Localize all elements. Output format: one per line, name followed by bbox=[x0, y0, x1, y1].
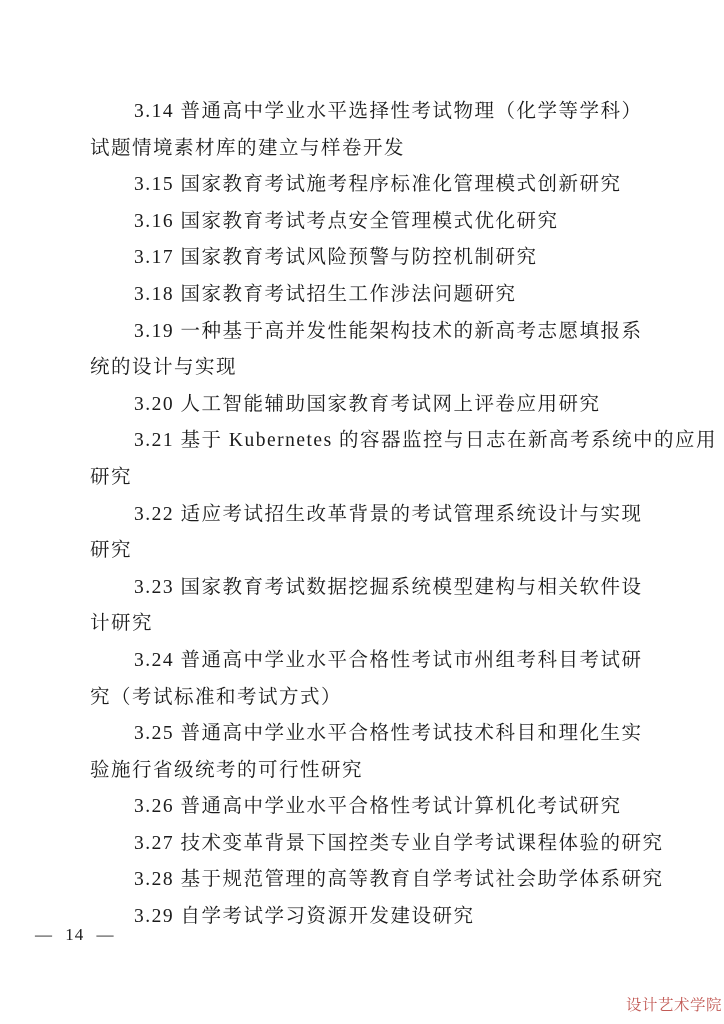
text-line: 3.28 基于规范管理的高等教育自学考试社会助学体系研究 bbox=[90, 862, 634, 899]
text-line: 计研究 bbox=[90, 606, 634, 643]
text-line: 3.15 国家教育考试施考程序标准化管理模式创新研究 bbox=[90, 167, 634, 204]
text-line: 3.17 国家教育考试风险预警与防控机制研究 bbox=[90, 240, 634, 277]
text-line: 统的设计与实现 bbox=[90, 350, 634, 387]
text-line: 3.25 普通高中学业水平合格性考试技术科目和理化生实 bbox=[90, 716, 634, 753]
text-line: 试题情境素材库的建立与样卷开发 bbox=[90, 131, 634, 168]
page-number: — 14 — bbox=[35, 925, 115, 945]
text-line: 3.14 普通高中学业水平选择性考试物理（化学等学科） bbox=[90, 94, 634, 131]
text-line: 3.22 适应考试招生改革背景的考试管理系统设计与实现 bbox=[90, 497, 634, 534]
document-page: 3.14 普通高中学业水平选择性考试物理（化学等学科）试题情境素材库的建立与样卷… bbox=[0, 0, 724, 1024]
text-line: 研究 bbox=[90, 460, 634, 497]
text-line: 3.20 人工智能辅助国家教育考试网上评卷应用研究 bbox=[90, 387, 634, 424]
text-line: 3.24 普通高中学业水平合格性考试市州组考科目考试研 bbox=[90, 643, 634, 680]
text-line: 3.18 国家教育考试招生工作涉法问题研究 bbox=[90, 277, 634, 314]
text-line: 研究 bbox=[90, 533, 634, 570]
text-line: 3.21 基于 Kubernetes 的容器监控与日志在新高考系统中的应用 bbox=[90, 423, 634, 460]
document-body: 3.14 普通高中学业水平选择性考试物理（化学等学科）试题情境素材库的建立与样卷… bbox=[90, 94, 634, 936]
text-line: 3.16 国家教育考试考点安全管理模式优化研究 bbox=[90, 204, 634, 241]
watermark-label: 设计艺术学院 bbox=[626, 993, 722, 1015]
text-line: 3.27 技术变革背景下国控类专业自学考试课程体验的研究 bbox=[90, 826, 634, 863]
text-line: 3.29 自学考试学习资源开发建设研究 bbox=[90, 899, 634, 936]
text-line: 3.26 普通高中学业水平合格性考试计算机化考试研究 bbox=[90, 789, 634, 826]
text-line: 究（考试标准和考试方式） bbox=[90, 680, 634, 717]
text-line: 验施行省级统考的可行性研究 bbox=[90, 753, 634, 790]
text-line: 3.19 一种基于高并发性能架构技术的新高考志愿填报系 bbox=[90, 314, 634, 351]
text-line: 3.23 国家教育考试数据挖掘系统模型建构与相关软件设 bbox=[90, 570, 634, 607]
